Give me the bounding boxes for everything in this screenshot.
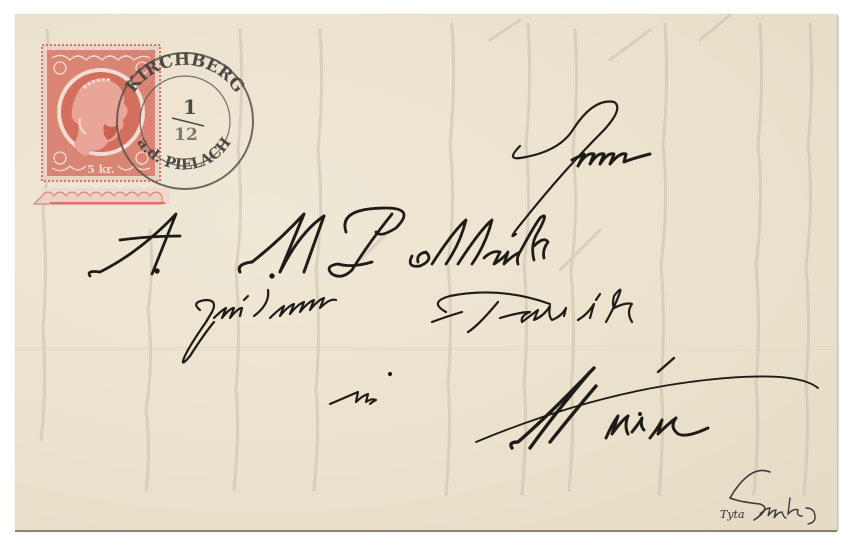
address-salutation-script <box>512 102 650 237</box>
stamp-denomination: 5 kr. <box>87 163 115 176</box>
expert-mark: Tyta <box>720 470 815 524</box>
address-preposition-script <box>330 372 392 404</box>
expert-mark-text: Tyta <box>720 508 745 521</box>
cover-artwork: 5 kr. KIRCHBERG a.d. PIELACH 1 12 <box>0 0 850 543</box>
address-line2-script <box>183 290 632 363</box>
postmark-month: 12 <box>174 125 198 145</box>
address-city-script <box>476 358 818 448</box>
postmark-day: 1 <box>183 95 197 119</box>
